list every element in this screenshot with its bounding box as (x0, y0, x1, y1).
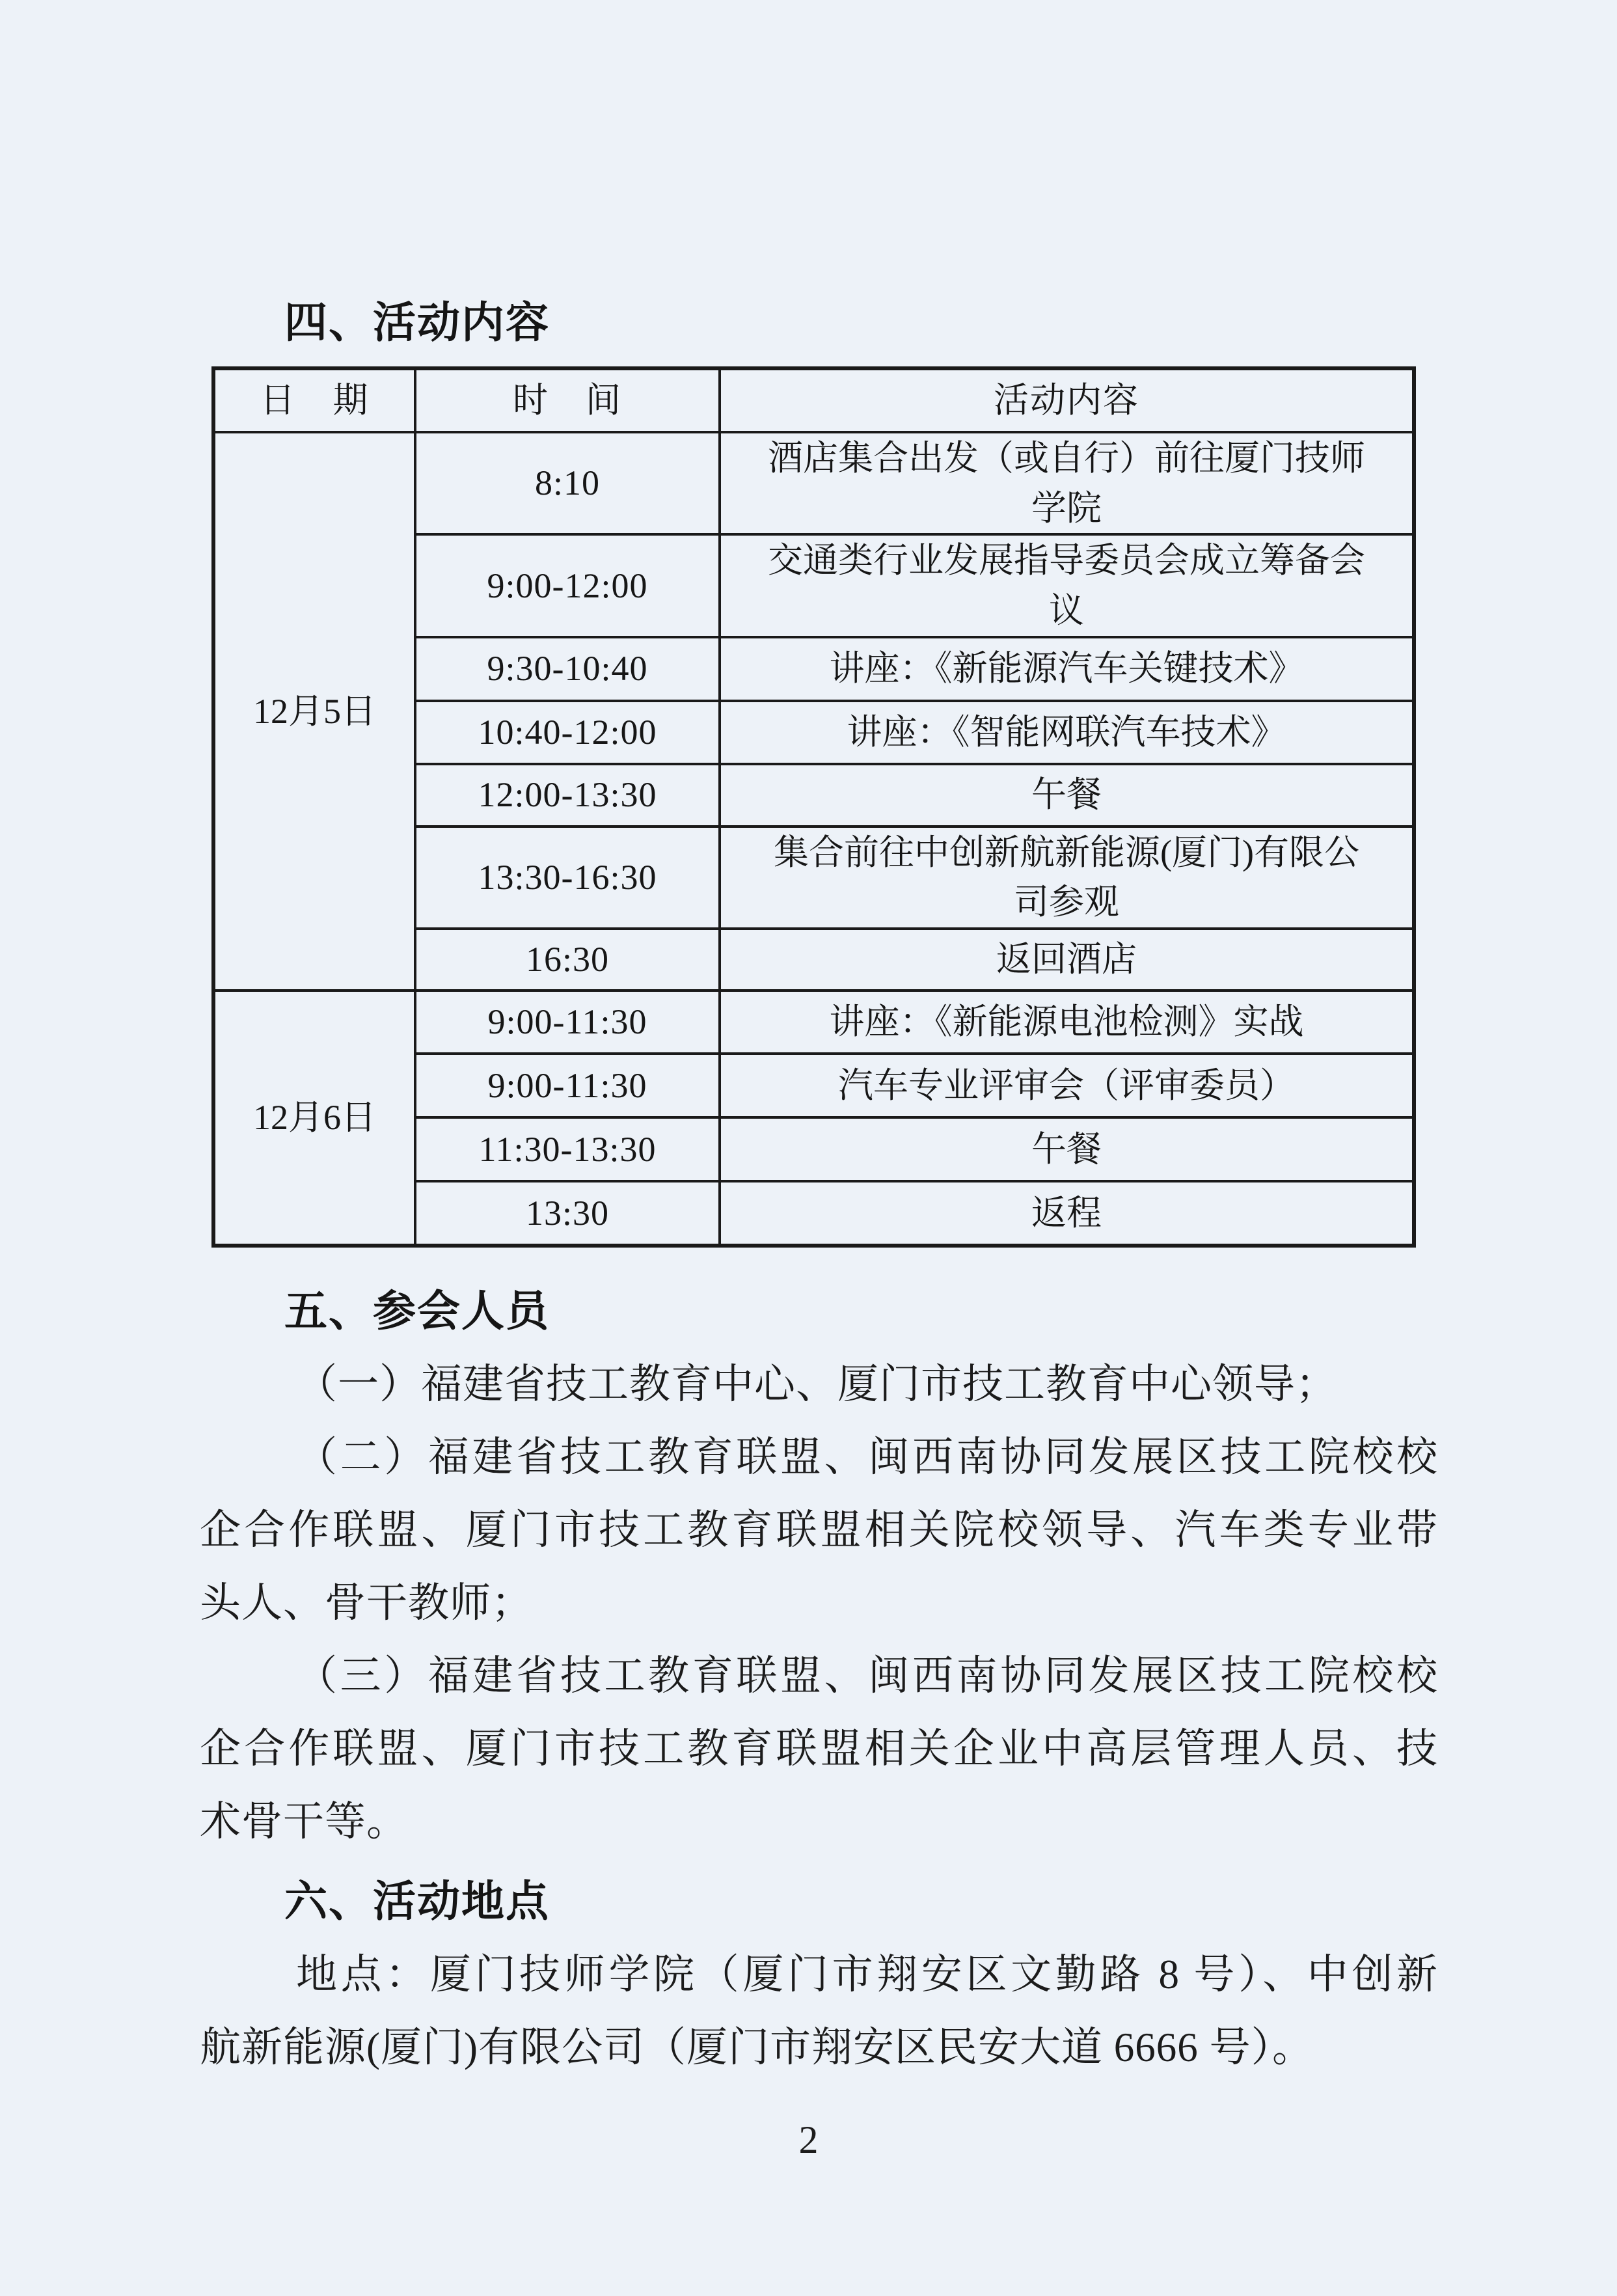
time-cell: 9:00-12:00 (415, 534, 720, 636)
document-page: 四、活动内容 日 期 时 间 活动内容 12月5日 8:10 酒店集合出发（或自… (0, 0, 1617, 2296)
time-cell: 9:00-11:30 (415, 991, 720, 1054)
time-cell: 11:30-13:30 (415, 1117, 720, 1181)
location-line: 航新能源(厦门)有限公司（厦门市翔安区民安大道 6666 号）。 (200, 2025, 1438, 2070)
activity-cell: 汽车专业评审会（评审委员） (720, 1054, 1414, 1117)
activity-cell: 讲座：《智能网联汽车技术》 (720, 701, 1414, 764)
time-cell: 12:00-13:30 (415, 764, 720, 827)
section4-heading: 四、活动内容 (284, 301, 550, 344)
activity-cell: 午餐 (720, 1117, 1414, 1181)
time-cell: 8:10 (415, 432, 720, 534)
activity-cell: 交通类行业发展指导委员会成立筹备会 议 (720, 534, 1414, 636)
schedule-table: 日 期 时 间 活动内容 12月5日 8:10 酒店集合出发（或自行）前往厦门技… (211, 366, 1416, 1248)
table-row: 12月5日 8:10 酒店集合出发（或自行）前往厦门技师 学院 (213, 432, 1414, 534)
time-cell: 13:30 (415, 1181, 720, 1246)
time-cell: 9:00-11:30 (415, 1054, 720, 1117)
time-cell: 16:30 (415, 929, 720, 991)
date-cell-day2: 12月6日 (213, 991, 415, 1246)
date-cell-day1: 12月5日 (213, 432, 415, 991)
participants-line: （三）福建省技工教育联盟、闽西南协同发展区技工院校校 (200, 1654, 1438, 1698)
header-content-cell: 活动内容 (720, 368, 1414, 432)
activity-cell: 午餐 (720, 764, 1414, 827)
participants-line: （二）福建省技工教育联盟、闽西南协同发展区技工院校校 (200, 1435, 1438, 1479)
participants-line: 企合作联盟、厦门市技工教育联盟相关企业中高层管理人员、技 (200, 1727, 1438, 1771)
table-header-row: 日 期 时 间 活动内容 (213, 368, 1414, 432)
activity-cell: 返程 (720, 1181, 1414, 1246)
time-cell: 10:40-12:00 (415, 701, 720, 764)
activity-cell: 酒店集合出发（或自行）前往厦门技师 学院 (720, 432, 1414, 534)
activity-cell: 讲座：《新能源电池检测》实战 (720, 991, 1414, 1054)
participants-line: 术骨干等。 (200, 1799, 1438, 1844)
section5-heading: 五、参会人员 (284, 1289, 550, 1332)
activity-cell: 集合前往中创新航新能源(厦门)有限公 司参观 (720, 827, 1414, 929)
participants-line: 企合作联盟、厦门市技工教育联盟相关院校领导、汽车类专业带 (200, 1508, 1438, 1552)
header-date-cell: 日 期 (213, 368, 415, 432)
activity-cell: 返回酒店 (720, 929, 1414, 991)
location-line: 地点：厦门技师学院（厦门市翔安区文勤路 8 号）、中创新 (200, 1952, 1438, 1997)
page-number: 2 (0, 2120, 1617, 2159)
participants-line: 头人、骨干教师； (200, 1581, 1438, 1625)
table-row: 12月6日 9:00-11:30 讲座：《新能源电池检测》实战 (213, 991, 1414, 1054)
activity-cell: 讲座：《新能源汽车关键技术》 (720, 637, 1414, 701)
section6-heading: 六、活动地点 (284, 1879, 550, 1922)
header-time-cell: 时 间 (415, 368, 720, 432)
participants-line: （一）福建省技工教育中心、厦门市技工教育中心领导； (200, 1362, 1438, 1406)
time-cell: 9:30-10:40 (415, 637, 720, 701)
time-cell: 13:30-16:30 (415, 827, 720, 929)
